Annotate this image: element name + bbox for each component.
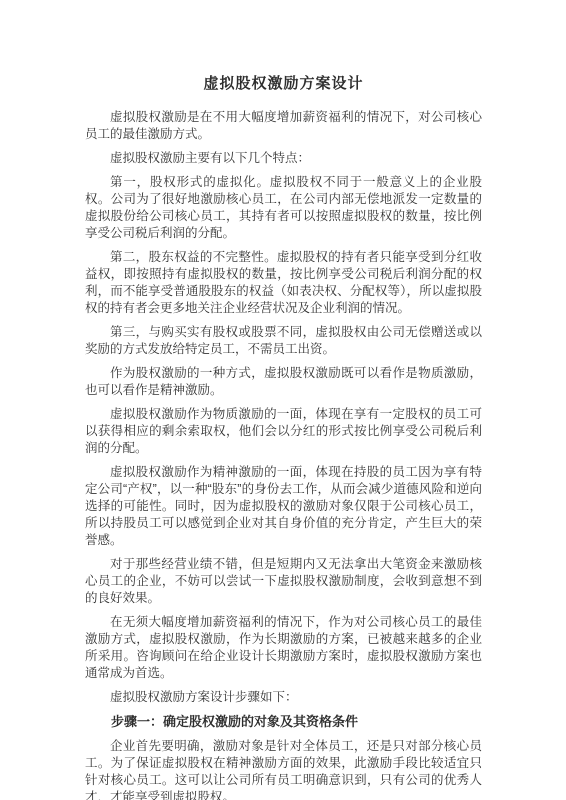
- paragraph-intro: 虚拟股权激励是在不用大幅度增加薪资福利的情况下，对公司核心员工的最佳激励方式。: [85, 109, 482, 143]
- paragraph-adoption: 在无须大幅度增加薪资福利的情况下，作为对公司核心员工的最佳激励方式，虚拟股权激励…: [85, 614, 482, 682]
- paragraph-incentive-types: 作为股权激励的一种方式，虚拟股权激励既可以看作是物质激励，也可以看作是精神激励。: [85, 365, 482, 399]
- paragraph-material-incentive: 虚拟股权激励作为物质激励的一面，体现在享有一定股权的员工可以获得相应的剩余索取权…: [85, 406, 482, 457]
- paragraph-steps-lead: 虚拟股权激励方案设计步骤如下：: [85, 689, 482, 706]
- paragraph-feature-2: 第二，股东权益的不完整性。虚拟股权的持有者只能享受到分红收益权，即按照持有虚拟股…: [85, 249, 482, 317]
- paragraph-features-lead: 虚拟股权激励主要有以下几个特点：: [85, 150, 482, 167]
- step-1-heading: 步骤一：确定股权激励的对象及其资格条件: [85, 713, 482, 730]
- paragraph-step-1-body: 企业首先要明确，激励对象是针对全体员工，还是只对部分核心员工。为了保证虚拟股权在…: [85, 738, 482, 800]
- page-title: 虚拟股权激励方案设计: [85, 74, 482, 94]
- paragraph-feature-3: 第三，与购买实有股权或股票不同，虚拟股权由公司无偿赠送或以奖励的方式发放给特定员…: [85, 324, 482, 358]
- document-page: 虚拟股权激励方案设计 虚拟股权激励是在不用大幅度增加薪资福利的情况下，对公司核心…: [0, 0, 566, 800]
- paragraph-feature-1: 第一，股权形式的虚拟化。虚拟股权不同于一般意义上的企业股权。公司为了很好地激励核…: [85, 174, 482, 242]
- paragraph-spiritual-incentive: 虚拟股权激励作为精神激励的一面，体现在持股的员工因为享有特定公司“产权”，以一种…: [85, 464, 482, 549]
- paragraph-recommendation: 对于那些经营业绩不错，但是短期内又无法拿出大笔资金来激励核心员工的企业，不妨可以…: [85, 556, 482, 607]
